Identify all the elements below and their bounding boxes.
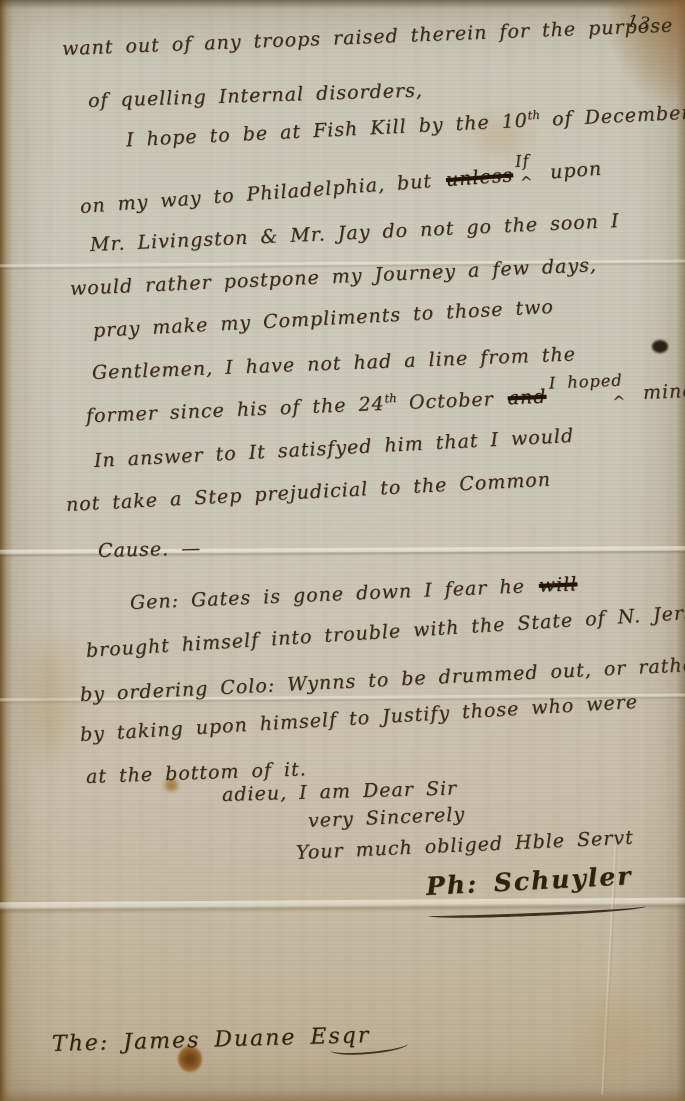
signature: Ph: Schuyler [425,861,633,901]
manuscript-line: pray make my Compliments to those two [92,296,554,342]
manuscript-line: Cause. — [98,537,202,562]
manuscript-line: Gen: Gates is gone down I fear he will [130,573,580,614]
manuscript-line: Gentlemen, I have not had a line from th… [92,343,577,384]
manuscript-line: of quelling Internal disorders, [88,79,424,112]
paper-edge-bottom [0,1089,685,1101]
manuscript-line: want out of any troops raised therein fo… [62,15,674,60]
manuscript-line: on my way to Philadelphia, but unlessIf^… [79,158,603,218]
line-text: of December [540,102,685,131]
line-text: upon [537,158,603,185]
superscript: th [527,108,540,123]
inserted-word: I hoped [548,371,623,393]
strikethrough-word: and [505,386,549,410]
strikethrough-word: unless [443,164,516,191]
line-text: Gen: Gates is gone down I fear he [130,575,538,614]
stain [580,1000,650,1070]
manuscript-line: In answer to It satisfyed him that I wou… [93,425,574,472]
manuscript-line: not take a Step prejudicial to the Commo… [65,469,551,516]
paper-edge-top [0,0,685,9]
stain [30,640,70,760]
line-text: on my way to Philadelphia, but [79,169,445,218]
line-text: mine [630,380,685,405]
closing-line: Your much obliged Hble Servt [296,827,635,864]
ink-blot [652,340,668,353]
closing-line: very Sincerely [308,803,466,832]
manuscript-page: 13 want out of any troops raised therein… [0,0,685,1101]
recipient-line: The: James Duane Esqr [52,1023,371,1057]
manuscript-line: former since his of the 24th October and… [86,379,685,428]
line-text: former since his of the 24 [86,393,386,427]
line-text: October [396,388,506,415]
superscript: th [384,391,397,406]
line-text: I hope to be at Fish Kill by the 10 [125,110,528,152]
caret-mark: ^ [612,393,626,412]
manuscript-line: would rather postpone my Journey a few d… [70,254,598,300]
strikethrough-word: will [536,573,579,597]
inserted-word: If [514,151,530,171]
caret-mark: ^ [519,173,534,192]
manuscript-line: Mr. Livingston & Mr. Jay do not go the s… [90,210,620,256]
